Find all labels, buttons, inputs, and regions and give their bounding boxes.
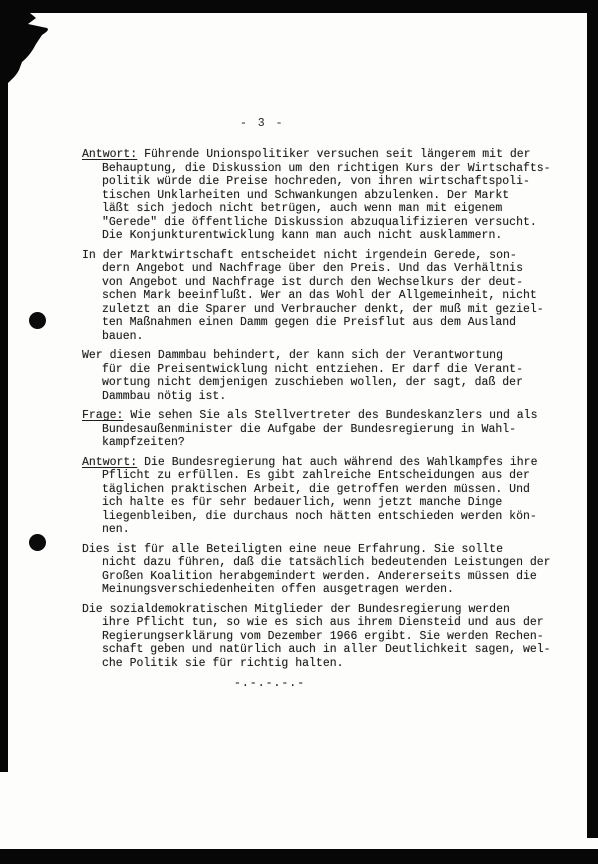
text-line: ich halte es für sehr bedauerlich, wenn … [102, 496, 568, 510]
scanned-document-page: - 3 - Antwort: Führende Unionspolitiker … [0, 0, 598, 864]
paragraph: Frage: Wie sehen Sie als Stellvertreter … [82, 409, 568, 450]
scan-border-right [587, 0, 598, 838]
hole-punch-mark [29, 534, 46, 551]
scan-border-top [0, 0, 598, 13]
text-line: "Gerede" die öffentliche Diskussion abzu… [102, 216, 568, 230]
text-line: zuletzt an die Sparer und Verbraucher de… [102, 303, 568, 317]
paragraph: In der Marktwirtschaft entscheidet nicht… [82, 249, 568, 344]
text-line: Dammbau nötig ist. [102, 390, 568, 404]
text-line: Wer diesen Dammbau behindert, der kann s… [102, 349, 568, 363]
text-line: Frage: Wie sehen Sie als Stellvertreter … [102, 409, 568, 423]
text-line: Dies ist für alle Beteiligten eine neue … [102, 543, 568, 557]
qa-label: Antwort: [82, 456, 137, 469]
text-line-content: Die Bundesregierung hat auch während des… [137, 456, 537, 469]
page-number: - 3 - [240, 117, 285, 130]
scan-border-bottom [0, 849, 598, 864]
text-line: Antwort: Führende Unionspolitiker versuc… [102, 148, 568, 162]
text-line: liegenbleiben, die durchaus noch hätten … [102, 510, 568, 524]
paragraph-list: Antwort: Führende Unionspolitiker versuc… [82, 148, 568, 670]
text-line: Pflicht zu erfüllen. Es gibt zahlreiche … [102, 469, 568, 483]
text-line: Meinungsverschiedenheiten offen ausgetra… [102, 583, 568, 597]
paragraph: Wer diesen Dammbau behindert, der kann s… [82, 349, 568, 403]
text-line: Antwort: Die Bundesregierung hat auch wä… [102, 456, 568, 470]
text-line: täglichen praktischen Arbeit, die getrof… [102, 483, 568, 497]
text-line: In der Marktwirtschaft entscheidet nicht… [102, 249, 568, 263]
text-line: dern Angebot und Nachfrage über den Prei… [102, 262, 568, 276]
document-body: Antwort: Führende Unionspolitiker versuc… [82, 148, 568, 691]
text-line: tischen Unklarheiten und Schwankungen ab… [102, 189, 568, 203]
closing-mark: -.-.-.-.- [234, 677, 568, 691]
text-line: Behauptung, die Diskussion um den richti… [102, 162, 568, 176]
text-line: Großen Koalition herabgemindert werden. … [102, 570, 568, 584]
text-line: Regierungserklärung vom Dezember 1966 er… [102, 630, 568, 644]
paragraph: Antwort: Führende Unionspolitiker versuc… [82, 148, 568, 243]
text-line: nicht dazu führen, daß die tatsächlich b… [102, 556, 568, 570]
scan-artifact-blob [0, 0, 60, 96]
text-line: Bundesaußenminister die Aufgabe der Bund… [102, 423, 568, 437]
text-line: Die sozialdemokratischen Mitglieder der … [102, 603, 568, 617]
hole-punch-mark [29, 312, 46, 329]
text-line: läßt sich jedoch nicht betrügen, auch we… [102, 202, 568, 216]
text-line-content: Führende Unionspolitiker versuchen seit … [137, 148, 530, 161]
paragraph: Die sozialdemokratischen Mitglieder der … [82, 603, 568, 671]
qa-label: Antwort: [82, 148, 137, 161]
text-line: Die Konjunkturentwicklung kann man auch … [102, 229, 568, 243]
paragraph: Dies ist für alle Beteiligten eine neue … [82, 543, 568, 597]
text-line: wortung nicht demjenigen zuschieben woll… [102, 376, 568, 390]
text-line: politik würde die Preise hochreden, von … [102, 175, 568, 189]
text-line-content: Wie sehen Sie als Stellvertreter des Bun… [123, 409, 537, 422]
text-line: che Politik sie für richtig halten. [102, 657, 568, 671]
text-line: bauen. [102, 330, 568, 344]
scan-border-left [0, 0, 8, 772]
paragraph: Antwort: Die Bundesregierung hat auch wä… [82, 456, 568, 537]
text-line: ihre Pflicht tun, so wie es sich aus ihr… [102, 616, 568, 630]
text-line: von Angebot und Nachfrage ist durch den … [102, 276, 568, 290]
text-line: kampfzeiten? [102, 436, 568, 450]
text-line: für die Preisentwicklung nicht entziehen… [102, 363, 568, 377]
text-line: ten Maßnahmen einen Damm gegen die Preis… [102, 316, 568, 330]
text-line: schaft geben und natürlich auch in aller… [102, 643, 568, 657]
qa-label: Frage: [82, 409, 123, 422]
text-line: nen. [102, 523, 568, 537]
text-line: schen Mark beeinflußt. Wer an das Wohl d… [102, 289, 568, 303]
